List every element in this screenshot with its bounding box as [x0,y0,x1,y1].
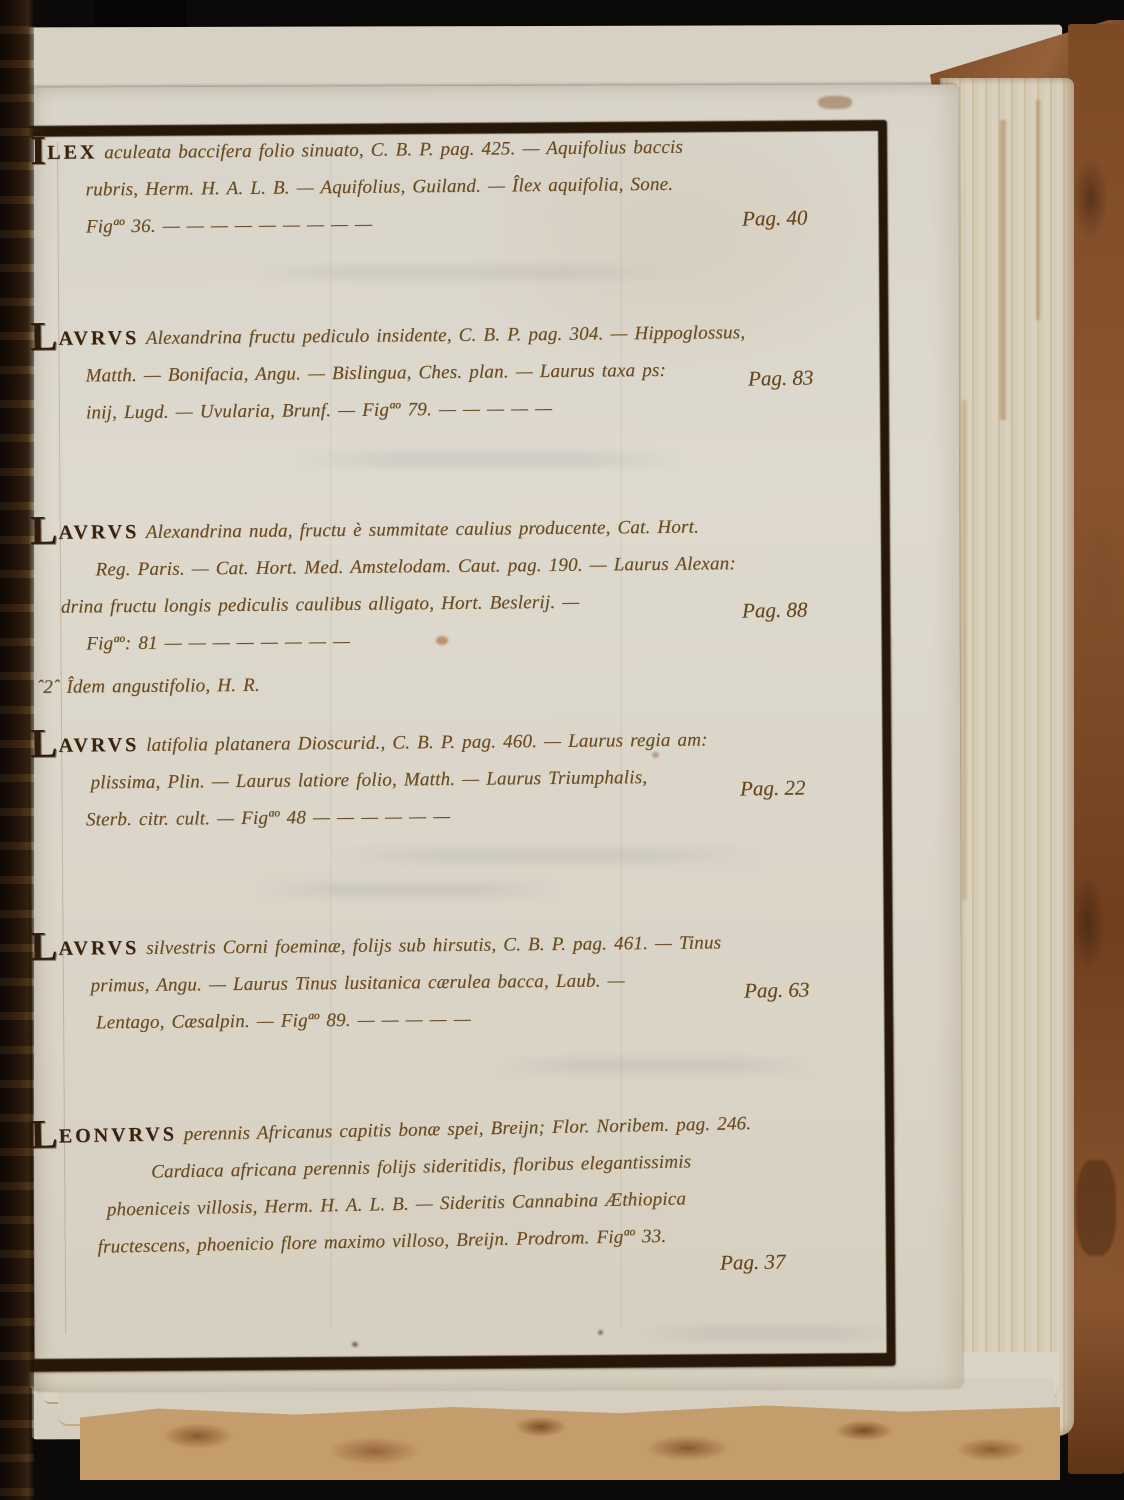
ink-smudge [818,96,852,109]
fore-edge-streak [1000,120,1006,420]
index-entry-laurus-2: LAVRVS Alexandrina nuda, fructu è summit… [30,504,844,706]
page-ref: Pag. 88 [742,597,808,623]
index-entry-laurus-1: LAVRVS Alexandrina fructu pediculo insid… [30,310,843,432]
bleed-through-smudge [330,848,760,863]
sub-entry-text: Îdem angustifolio, H. R. [66,675,260,698]
page-ref: Pag. 63 [744,977,810,1003]
entry-headword: ÎLEX [30,142,97,164]
bleed-through-smudge [260,882,560,897]
page-ref: Pag. 22 [740,775,806,801]
entry-headword: LAVRVS [30,938,139,960]
binding-gutter [0,0,34,1500]
entry-line: Figªº: 81 — — — — — — — — [86,618,843,662]
index-entry-laurus-4: LAVRVS silvestris Corni foeminæ, folijs … [30,920,843,1042]
entry-headword: LAVRVS [30,328,139,350]
bleed-through-smudge [250,265,670,280]
index-entry-ilex: ÎLEX aculeata baccifera folio sinuato, C… [30,124,843,246]
page-ref: Pag. 37 [720,1249,786,1275]
fore-edge-streak [962,400,967,900]
sub-entry-marker: ˆ2ˆ [37,677,60,698]
sub-entry-line: ˆ2ˆ Îdem angustifolio, H. R. [37,661,844,706]
entry-headword: LEONVRVS [30,1124,177,1148]
entry-line: LAVRVS Alexandrina fructu pediculo insid… [30,310,842,358]
entry-line: Reg. Paris. — Cat. Hort. Med. Amstelodam… [95,544,842,588]
page-ref: Pag. 40 [742,205,808,231]
index-entry-leonurus: LEONVRVS perennis Africanus capitis bonæ… [30,1100,845,1267]
page-ref: Pag. 83 [748,365,814,391]
book-cover-edge [1068,24,1124,1474]
marbled-endpaper-edge [80,1404,1060,1480]
manuscript-photo: ÎLEX aculeata baccifera folio sinuato, C… [0,0,1124,1500]
entry-line: LAVRVS silvestris Corni foeminæ, folijs … [30,920,842,968]
entry-line: inij, Lugd. — Uvularia, Brunf. — Figªº 7… [86,387,843,431]
foxing-spot [598,1330,603,1335]
entry-text: aculeata baccifera folio sinuato, C. B. … [104,137,683,164]
cover-stain [1076,1160,1116,1256]
entry-line: Sterb. citr. cult. — Figªº 48 — — — — — … [86,794,843,838]
fore-edge-streak [1036,100,1040,320]
bleed-through-smudge [500,1058,810,1073]
index-entry-laurus-3: LAVRVS latifolia platanera Dioscurid., C… [30,717,843,839]
entry-text: perennis Africanus capitis bonæ spei, Br… [184,1113,752,1145]
entry-headword: LAVRVS [30,735,139,757]
bleed-through-smudge [640,1326,900,1341]
bleed-through-smudge [300,452,680,467]
entry-line: Lentago, Cæsalpin. — Figªº 89. — — — — — [96,997,843,1041]
entry-text: silvestris Corni foeminæ, folijs sub hir… [146,932,721,959]
entry-line: Figªº 36. — — — — — — — — — [86,201,843,245]
foxing-spot [352,1342,358,1347]
entry-text: Alexandrina fructu pediculo insidente, C… [146,322,746,349]
entry-headword: LAVRVS [30,522,139,544]
entry-text: latifolia platanera Dioscurid., C. B. P.… [146,729,708,755]
entry-text: Alexandrina nuda, fructu è summitate cau… [146,517,699,543]
